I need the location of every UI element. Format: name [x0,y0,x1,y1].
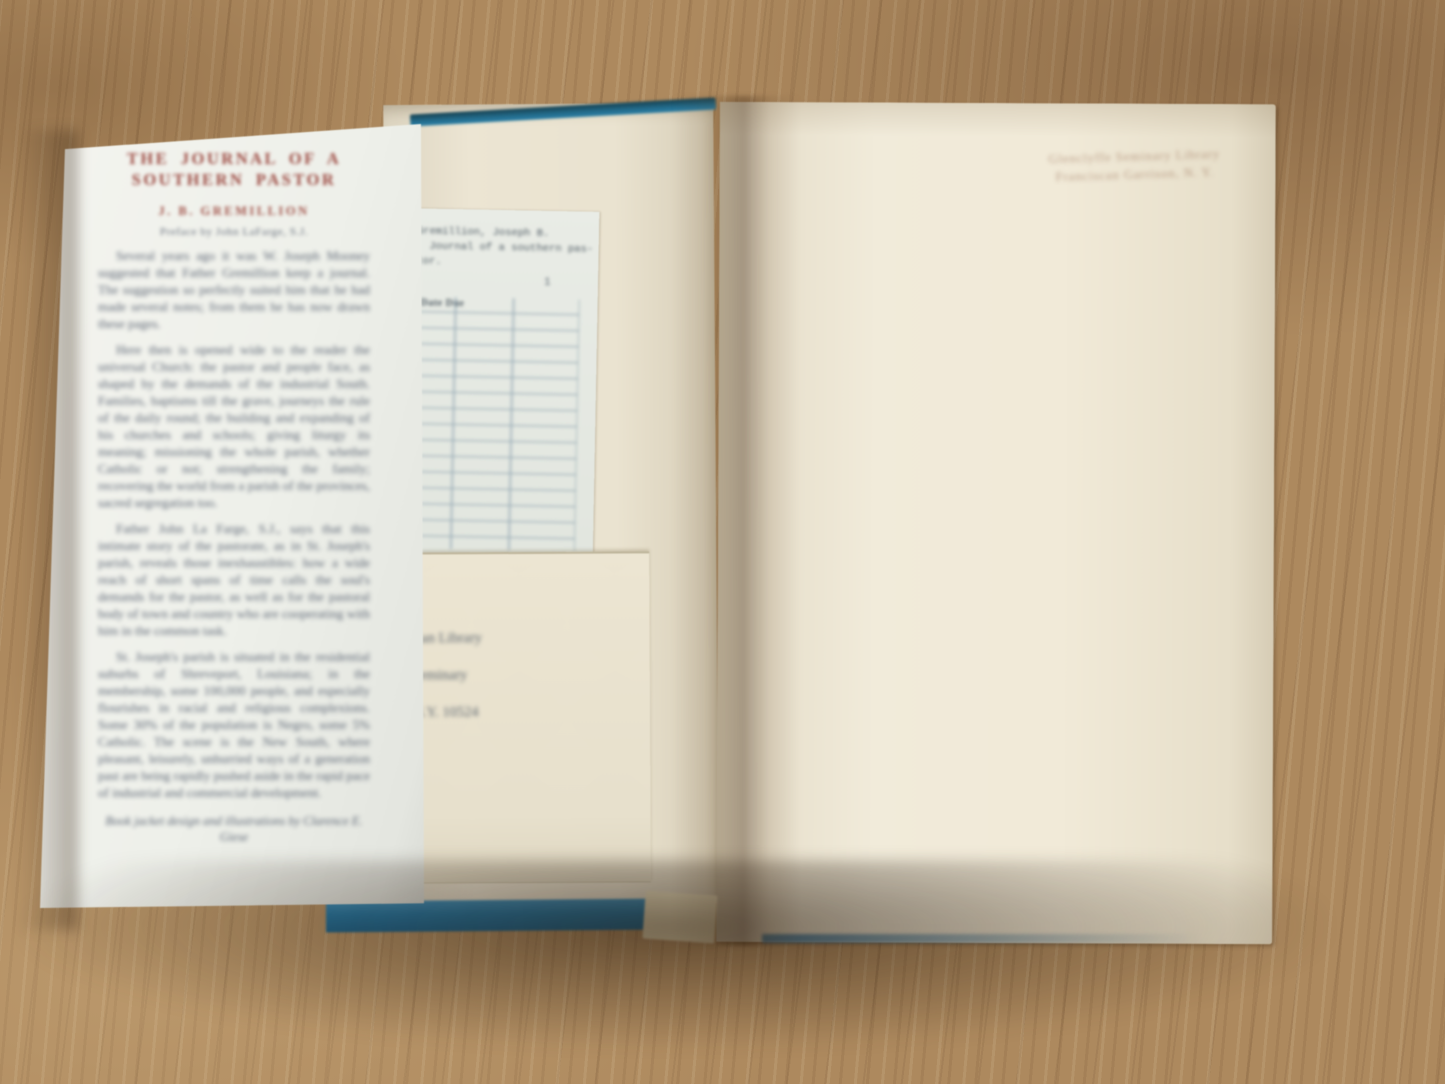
photo-open-book-on-wood-table: Gremillion, Joseph B. Journal of a south… [0,0,1445,1084]
flap-title-line1: THE JOURNAL OF A [98,148,370,169]
flap-title-line2: SOUTHERN PASTOR [98,169,370,190]
library-date-due-card: Gremillion, Joseph B. Journal of a south… [401,208,600,566]
library-card-pocket: Cardinal Spellman Library Cape. John B. … [388,551,651,883]
book-cast-shadow [20,860,1330,1050]
flap-author: J. B. GREMILLION [98,204,370,219]
flap-preface-credit: Preface by John LaFarge, S.J. [98,226,370,238]
flap-paragraph: Here then is opened wide to the reader t… [98,341,370,511]
card-typed-title: Gremillion, Joseph B. Journal of a south… [416,224,593,272]
right-blank-page: Glenclyffe Seminary Library Franciscan G… [716,102,1276,944]
card-call-mark: 1 [544,277,551,289]
left-edge-shadow [18,130,78,930]
library-ownership-stamp: Glenclyffe Seminary Library Franciscan G… [1019,144,1250,187]
pocket-imprint-line1: Cardinal Spellman Library [388,619,647,658]
date-due-grid: Date Due [411,296,580,551]
flap-paragraph: Several years ago it was W. Joseph Moone… [98,247,370,332]
dust-jacket-front-flap: THE JOURNAL OF A SOUTHERN PASTOR J. B. G… [40,124,424,908]
pocket-imprint: Cardinal Spellman Library Cape. John B. … [388,619,647,732]
pocket-imprint-line3: Rte. Garrison, N.Y. 10524 [388,693,647,732]
date-due-header: Date Due [420,297,464,309]
flap-paragraph: St. Joseph's parish is situated in the r… [98,648,370,801]
pocket-imprint-line2: Cape. John B. Seminary [388,656,647,695]
flap-paragraph: Father John La Farge, S.J., says that th… [98,520,370,639]
flap-jacket-design-credit: Book jacket design and illustrations by … [98,813,370,845]
grid-vertical-rule [508,298,514,550]
grid-vertical-rule [450,297,456,549]
